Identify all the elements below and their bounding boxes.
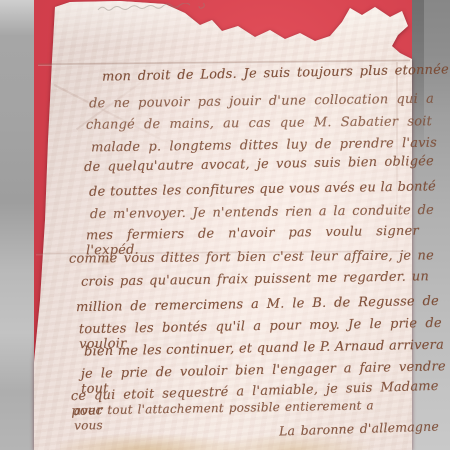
mat-strip-left: [0, 0, 34, 450]
letter-photograph: mon droit de Lods. Je suis toujours plus…: [0, 0, 450, 450]
letter-line: comme vous dittes fort bien c'est leur a…: [69, 248, 434, 266]
faint-pencil-inscription: [95, 3, 220, 15]
